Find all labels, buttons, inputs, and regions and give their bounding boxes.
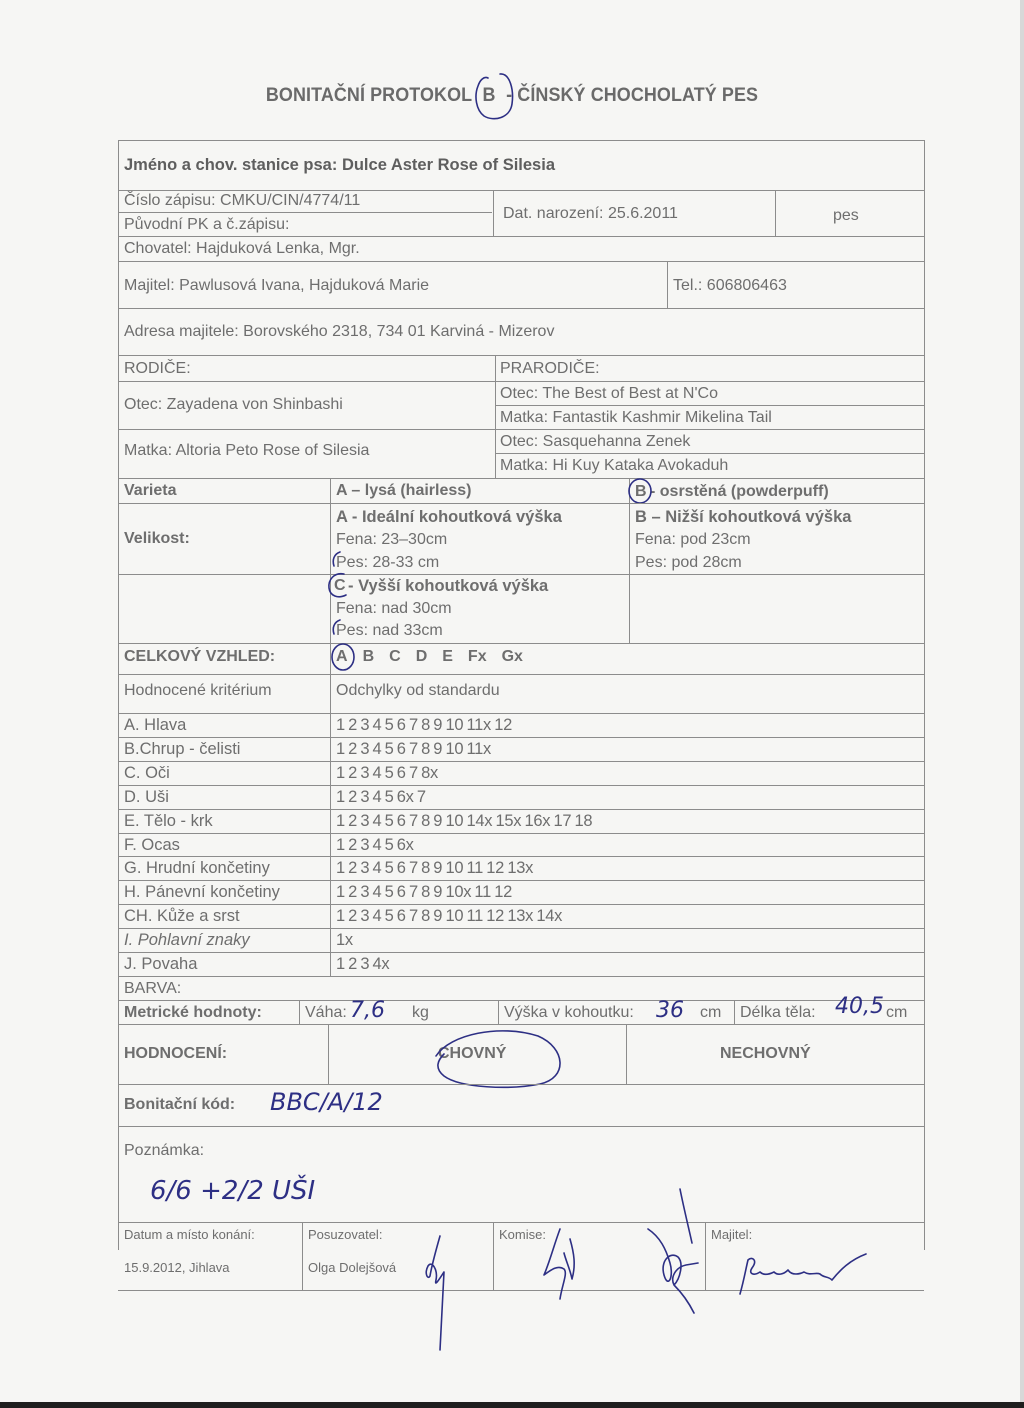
criteria-row-values: 1 2 3 4 5 6 7 8 9 10 11x 12 xyxy=(336,717,512,734)
grade-c[interactable]: C xyxy=(389,649,401,665)
breeder: Chovatel: Hajduková Lenka, Mgr. xyxy=(124,241,360,257)
owner-address: Adresa majitele: Borovského 2318, 734 01… xyxy=(124,324,554,340)
grade-gx[interactable]: Gx xyxy=(502,649,523,665)
criteria-header-deviations: Odchylky od standardu xyxy=(336,683,500,699)
evaluation-breeding[interactable]: CHOVNÝ xyxy=(438,1046,506,1062)
grade-e[interactable]: E xyxy=(442,649,453,665)
grandparent-4: Matka: Hi Kuy Kataka Avokaduh xyxy=(500,458,728,474)
size-a-female: Fena: 23–30cm xyxy=(336,532,447,548)
grandparents-heading: PRARODIČE: xyxy=(500,361,600,377)
criteria-row-values: 1 2 3 4 5 6x xyxy=(336,837,414,854)
size-a-male: Pes: 28-33 cm xyxy=(336,555,439,571)
registration-number: Číslo zápisu: CMKU/CIN/4774/11 xyxy=(124,193,360,209)
height-label: Výška v kohoutku: xyxy=(504,1005,634,1021)
size-b-female: Fena: pod 23cm xyxy=(635,532,751,548)
criteria-row-name: D. Uši xyxy=(124,789,169,806)
date-place-value: 15.9.2012, Jihlava xyxy=(124,1261,230,1274)
criteria-row-name: F. Ocas xyxy=(124,837,180,854)
height-value: 36 xyxy=(656,998,684,1023)
criteria-row-name: A. Hlava xyxy=(124,717,186,734)
criteria-row-name: G. Hrudní končetiny xyxy=(124,860,270,877)
criteria-row-values: 1 2 3 4 5 6 7 8x xyxy=(336,765,438,782)
criteria-row-name: I. Pohlavní znaky xyxy=(124,932,250,949)
criteria-row-values: 1 2 3 4 5 6 7 8 9 10 11 12 13x xyxy=(336,860,533,877)
father: Otec: Zayadena von Shinbashi xyxy=(124,397,343,413)
mother: Matka: Altoria Peto Rose of Silesia xyxy=(124,443,369,459)
criteria-row-values: 1 2 3 4x xyxy=(336,956,389,973)
criteria-row-name: C. Oči xyxy=(124,765,170,782)
variety-label: Varieta xyxy=(124,483,176,499)
bonitation-code-value: BBC/A/12 xyxy=(270,1088,383,1116)
variety-option-b-letter[interactable]: B xyxy=(635,484,647,500)
criteria-row-values: 1 2 3 4 5 6 7 8 9 10 11 12 13x 14x xyxy=(336,908,562,925)
size-b-male: Pes: pod 28cm xyxy=(635,555,742,571)
height-unit: cm xyxy=(700,1005,721,1021)
judge-value: Olga Dolejšová xyxy=(308,1261,396,1274)
title-prefix: BONITAČNÍ PROTOKOL xyxy=(266,84,472,106)
owner: Majitel: Pawlusová Ivana, Hajduková Mari… xyxy=(124,278,429,294)
commission-label: Komise: xyxy=(499,1228,546,1241)
grandparent-2: Matka: Fantastik Kashmir Mikelina Tail xyxy=(500,410,772,426)
criteria-row-name: E. Tělo - krk xyxy=(124,813,213,830)
criteria-row-name: J. Povaha xyxy=(124,956,197,973)
grade-a[interactable]: A xyxy=(336,649,348,665)
parents-heading: RODIČE: xyxy=(124,361,191,377)
overall-grades: A B C D E Fx Gx xyxy=(336,649,523,665)
length-unit: cm xyxy=(886,1005,907,1021)
title-suffix: - ČÍNSKÝ CHOCHOLATÝ PES xyxy=(506,84,758,106)
length-label: Délka těla: xyxy=(740,1005,816,1021)
size-c-title[interactable]: - Vyšší kohoutková výška xyxy=(348,578,548,595)
criteria-row-name: B.Chrup - čelisti xyxy=(124,741,240,758)
criteria-row-name: CH. Kůže a srst xyxy=(124,908,240,925)
criteria-row-values: 1x xyxy=(336,932,353,949)
length-value: 40,5 xyxy=(835,994,884,1019)
size-c-male: Pes: nad 33cm xyxy=(336,623,443,639)
date-place-label: Datum a místo konání: xyxy=(124,1228,255,1241)
note-label: Poznámka: xyxy=(124,1143,204,1159)
commission-signature-2 xyxy=(640,1185,720,1315)
variety-option-b[interactable]: - osrstěná (powderpuff) xyxy=(650,484,829,500)
dog-name: Jméno a chov. stanice psa: Dulce Aster R… xyxy=(124,157,555,174)
owner-signature-label: Majitel: xyxy=(711,1228,752,1241)
grandparent-1: Otec: The Best of Best at N'Co xyxy=(500,386,718,402)
original-pk: Původní PK a č.zápisu: xyxy=(124,217,289,233)
sex: pes xyxy=(833,208,859,224)
title-variant-marker: B xyxy=(482,84,495,106)
judge-label: Posuzovatel: xyxy=(308,1228,382,1241)
grandparent-3: Otec: Sasquehanna Zenek xyxy=(500,434,690,450)
color-label: BARVA: xyxy=(124,981,181,997)
criteria-row-values: 1 2 3 4 5 6 7 8 9 10 14x 15x 16x 17 18 xyxy=(336,813,592,830)
weight-unit: kg xyxy=(412,1005,429,1021)
judge-signature xyxy=(410,1230,470,1360)
metrics-label: Metrické hodnoty: xyxy=(124,1005,262,1021)
phone: Tel.: 606806463 xyxy=(673,278,787,294)
size-c-female: Fena: nad 30cm xyxy=(336,601,452,617)
criteria-row-values: 1 2 3 4 5 6x 7 xyxy=(336,789,426,806)
size-c-letter[interactable]: C xyxy=(334,578,346,594)
birth-date: Dat. narození: 25.6.2011 xyxy=(503,206,678,222)
grade-d[interactable]: D xyxy=(416,649,428,665)
grade-b[interactable]: B xyxy=(363,649,375,665)
size-label: Velikost: xyxy=(124,531,190,547)
owner-signature xyxy=(730,1250,880,1300)
bonitation-code-label: Bonitační kód: xyxy=(124,1097,235,1113)
criteria-row-name: H. Pánevní končetiny xyxy=(124,884,280,901)
grade-fx[interactable]: Fx xyxy=(468,649,487,665)
evaluation-non-breeding[interactable]: NECHOVNÝ xyxy=(720,1046,811,1062)
criteria-row-values: 1 2 3 4 5 6 7 8 9 10 11x xyxy=(336,741,491,758)
scan-edge xyxy=(1020,0,1024,1408)
weight-value: 7,6 xyxy=(350,998,385,1023)
weight-label: Váha: xyxy=(305,1005,347,1021)
size-a-title[interactable]: A - Ideální kohoutková výška xyxy=(336,509,562,526)
size-b-title[interactable]: B – Nižší kohoutková výška xyxy=(635,509,851,526)
scan-edge xyxy=(0,1402,1024,1408)
criteria-header-criterion: Hodnocené kritérium xyxy=(124,683,272,699)
overall-label: CELKOVÝ VZHLED: xyxy=(124,649,275,665)
variety-option-a[interactable]: A – lysá (hairless) xyxy=(336,483,471,499)
note-value: 6/6 +2/2 UŠI xyxy=(150,1176,315,1206)
criteria-row-values: 1 2 3 4 5 6 7 8 9 10x 11 12 xyxy=(336,884,512,901)
page-title: BONITAČNÍ PROTOKOL B - ČÍNSKÝ CHOCHOLATÝ… xyxy=(41,84,983,107)
evaluation-label: HODNOCENÍ: xyxy=(124,1046,227,1062)
